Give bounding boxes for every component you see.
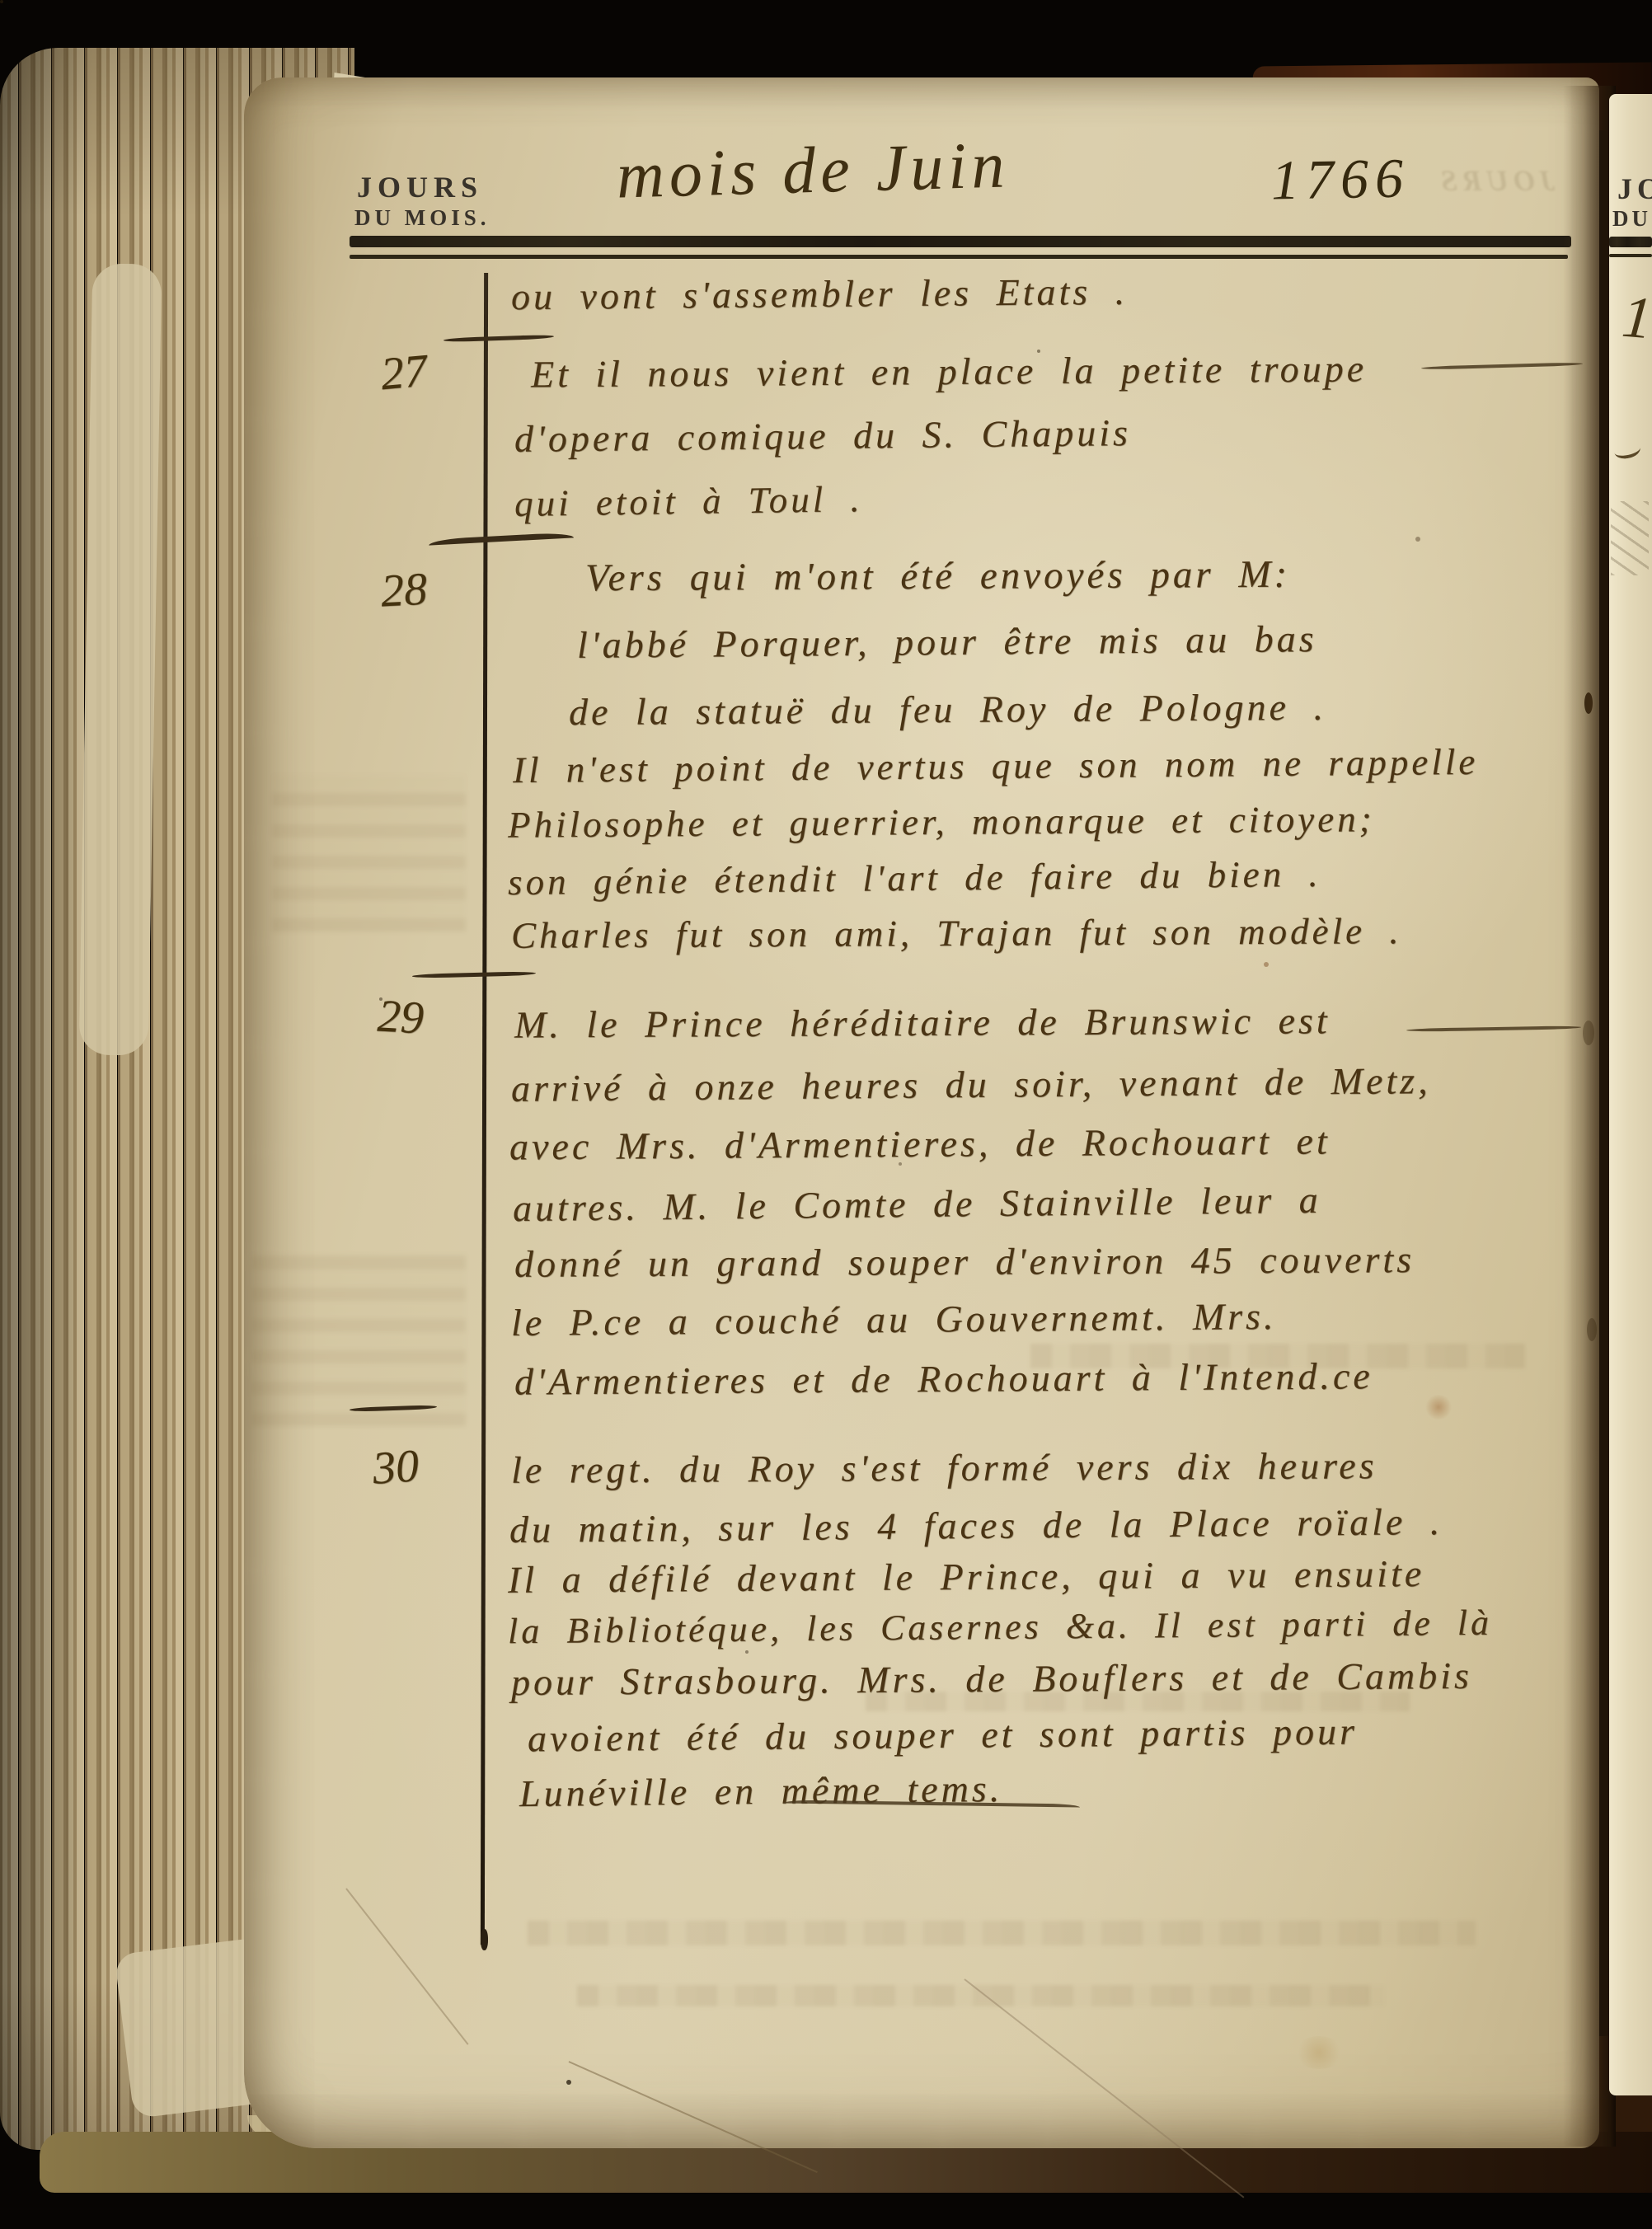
bleed-through [251, 1253, 466, 1426]
entry-line: son génie étendit l'art de faire du bien… [508, 852, 1321, 903]
entry-line: d'opera comique du S. Chapuis [514, 411, 1131, 461]
bleed-through-header: JOURS [1436, 163, 1555, 198]
stain [1424, 1395, 1453, 1420]
printed-column-header-line1: JOURS [357, 170, 483, 204]
entry-line: Et il nous vient en place la petite trou… [531, 346, 1367, 396]
entry-line: du matin, sur les 4 faces de la Place ro… [509, 1499, 1443, 1551]
entry-line: la Bibliotéque, les Casernes &a. Il est … [508, 1602, 1492, 1652]
entry-line: qui etoit à Toul . [514, 477, 863, 525]
next-page-printed-header-line1: JO [1617, 171, 1652, 206]
entry-line: Charles fut son ami, Trajan fut son modè… [511, 909, 1402, 957]
next-page-rule-thick [1609, 237, 1652, 247]
entry-line: avec Mrs. d'Armentieres, de Rochouart et [509, 1119, 1331, 1169]
paper-specks [0, 0, 3, 3]
entry-line: Vers qui m'ont été envoyés par M: [585, 552, 1290, 600]
entry-line: de la statuë du feu Roy de Pologne . [569, 685, 1326, 734]
next-page-digit: 1 [1619, 283, 1652, 354]
entry-line: l'abbé Porquer, pour être mis au bas [577, 617, 1317, 667]
entry-line: ou vont s'assembler les Etats . [511, 270, 1129, 319]
gutter-shadow [1563, 86, 1616, 2147]
entry-line: pour Strasbourg. Mrs. de Bouflers et de … [511, 1654, 1472, 1704]
bleed-through [577, 1985, 1385, 2006]
header-rule-thin [350, 255, 1568, 259]
entry-line: le P.ce a couché au Gouvernemt. Mrs. [511, 1294, 1277, 1344]
next-page-printed-header-line2: DU [1612, 206, 1651, 232]
year: 1766 [1270, 146, 1410, 214]
day-number: 28 [379, 563, 428, 618]
entry-line: Philosophe et guerrier, monarque et cito… [508, 797, 1375, 846]
page-stack-sliver [79, 263, 162, 1055]
gutter-knots [1584, 692, 1593, 714]
bleed-through [272, 775, 466, 931]
next-page-rule-thin [1609, 254, 1652, 257]
entry-line: Il n'est point de vertus que son nom ne … [513, 740, 1479, 791]
entry-line: le regt. du Roy s'est formé vers dix heu… [511, 1443, 1377, 1491]
printed-column-header-line2: DU MOIS. [354, 205, 490, 231]
entry-line: d'Armentieres et de Rochouart à l'Intend… [514, 1354, 1373, 1403]
day-number: 30 [371, 1439, 420, 1495]
next-page-sliver [1609, 94, 1652, 2095]
entry-line: donné un grand souper d'environ 45 couve… [514, 1237, 1415, 1286]
entry-line: Lunéville en même tems. [519, 1767, 1003, 1815]
day-number: 29 [376, 990, 425, 1045]
entry-line: avoient été du souper et sont partis pou… [528, 1710, 1358, 1761]
bleed-through [528, 1921, 1476, 1945]
next-page-hatch-marks [1611, 501, 1649, 575]
book-scan: JOURS JOURS DU MOIS. mois de Juin 1766 o… [0, 0, 1652, 2229]
entry-line: M. le Prince héréditaire de Brunswic est [514, 998, 1331, 1046]
header-rule-thick [350, 236, 1571, 247]
stain [1294, 2036, 1344, 2069]
month-title: mois de Juin [616, 128, 1011, 214]
day-number: 27 [378, 345, 429, 401]
entry-line: Il a défilé devant le Prince, qui a vu e… [508, 1551, 1425, 1602]
entry-line: autres. M. le Comte de Stainville leur a [513, 1178, 1321, 1230]
entry-line: arrivé à onze heures du soir, venant de … [511, 1058, 1431, 1110]
margin-rule-end [481, 1929, 488, 1950]
